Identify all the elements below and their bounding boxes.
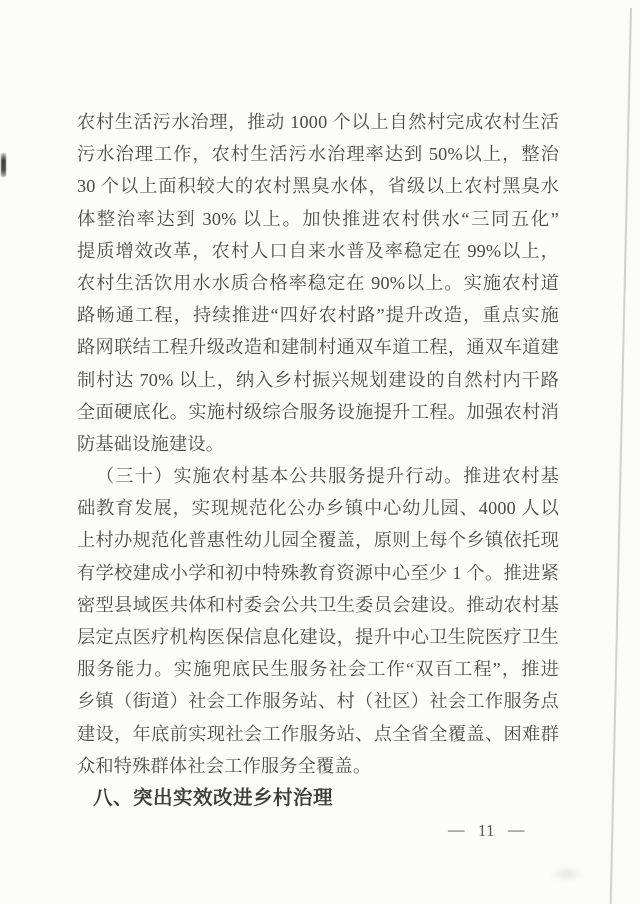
text-line: 农村生活污水治理，推动 1000 个以上自然村完成农村生活 — [77, 106, 559, 138]
page-edge-line — [610, 8, 632, 904]
text-line: 制村达 70% 以上，纳入乡村振兴规划建设的自然村内干路 — [77, 364, 559, 396]
text-line: 农村生活饮用水水质合格率稳定在 90%以上。实施农村道 — [77, 267, 559, 299]
text-line: （三十）实施农村基本公共服务提升行动。推进农村基 — [77, 460, 559, 492]
scan-smudge — [550, 866, 584, 882]
page-number-dash-right: — — [508, 820, 525, 840]
section-heading: 八、突出实效改进乡村治理 — [77, 782, 559, 814]
text-line: 体整治率达到 30% 以上。加快推进农村供水“三同五化” — [77, 203, 559, 235]
text-line: 路畅通工程，持续推进“四好农村路”提升改造，重点实施 — [77, 299, 559, 331]
document-page: 农村生活污水治理，推动 1000 个以上自然村完成农村生活污水治理工作，农村生活… — [0, 0, 640, 904]
scan-artifact-mark — [1, 153, 6, 177]
text-line: 提质增效改革，农村人口自来水普及率稳定在 99%以上， — [77, 235, 559, 267]
text-line: 层定点医疗机构医保信息化建设，提升中心卫生院医疗卫生 — [77, 621, 559, 653]
page-number-value: 11 — [478, 821, 495, 841]
text-line: 30 个以上面积较大的农村黑臭水体，省级以上农村黑臭水 — [77, 170, 559, 202]
page-number: — 11 — — [448, 821, 525, 841]
text-line: 上村办规范化普惠性幼儿园全覆盖，原则上每个乡镇依托现 — [77, 524, 559, 556]
text-line: 污水治理工作，农村生活污水治理率达到 50%以上，整治 — [77, 138, 559, 170]
text-line: 础教育发展，实现规范化公办乡镇中心幼儿园、4000 人以 — [77, 492, 559, 524]
document-body: 农村生活污水治理，推动 1000 个以上自然村完成农村生活污水治理工作，农村生活… — [77, 106, 559, 814]
text-line: 众和特殊群体社会工作服务全覆盖。 — [77, 750, 559, 782]
text-line: 有学校建成小学和初中特殊教育资源中心至少 1 个。推进紧 — [77, 557, 559, 589]
text-line: 路网联结工程升级改造和建制村通双车道工程，通双车道建 — [77, 331, 559, 363]
text-line: 防基础设施建设。 — [77, 428, 559, 460]
text-line: 密型县域医共体和村委会公共卫生委员会建设。推动农村基 — [77, 589, 559, 621]
page-number-dash-left: — — [448, 820, 465, 840]
text-line: 服务能力。实施兜底民生服务社会工作“双百工程”，推进 — [77, 653, 559, 685]
text-line: 建设，年底前实现社会工作服务站、点全省全覆盖、困难群 — [77, 718, 559, 750]
text-line: 全面硬底化。实施村级综合服务设施提升工程。加强农村消 — [77, 396, 559, 428]
text-line: 乡镇（街道）社会工作服务站、村（社区）社会工作服务点 — [77, 685, 559, 717]
